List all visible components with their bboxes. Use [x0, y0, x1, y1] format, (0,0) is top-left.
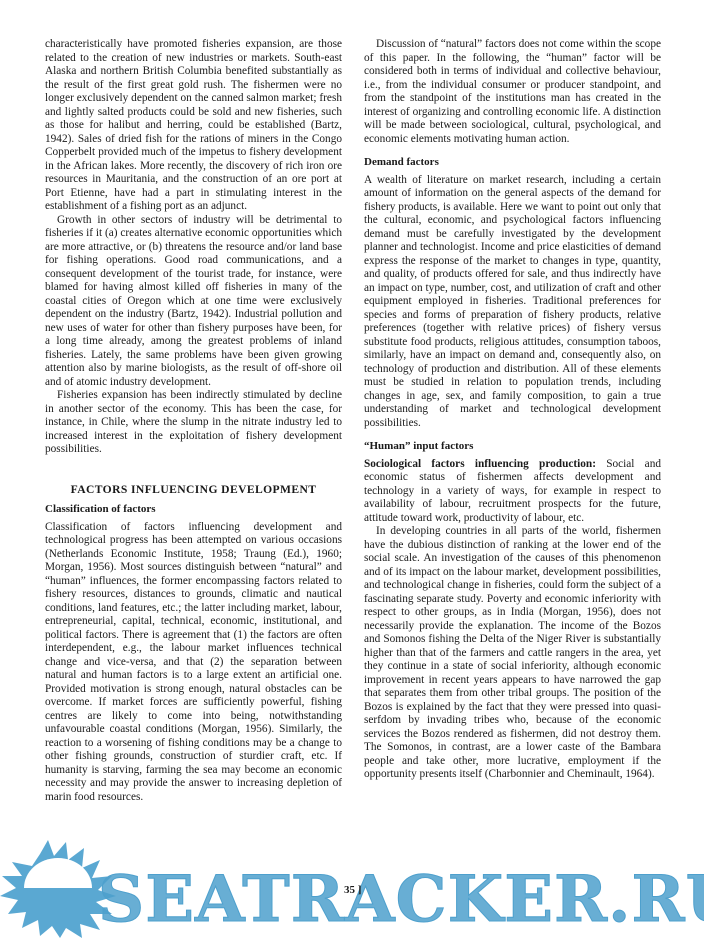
paragraph: Discussion of “natural” factors does not…	[364, 38, 661, 146]
watermark-text: SEATRACKER.RU	[98, 868, 704, 932]
subheading-classification: Classification of factors	[45, 503, 342, 517]
paragraph: Sociological factors influencing product…	[364, 458, 661, 526]
paragraph: characteristically have promoted fisheri…	[45, 38, 342, 214]
document-page: characteristically have promoted fisheri…	[0, 0, 704, 938]
subheading-human-input-factors: “Human” input factors	[364, 440, 661, 454]
subheading-demand-factors: Demand factors	[364, 156, 661, 170]
section-title: FACTORS INFLUENCING DEVELOPMENT	[45, 483, 342, 497]
paragraph: In developing countries in all parts of …	[364, 525, 661, 782]
page-number: 35 ]	[344, 884, 361, 896]
left-column: characteristically have promoted fisheri…	[45, 38, 342, 804]
paragraph: Fisheries expansion has been indirectly …	[45, 389, 342, 457]
paragraph: Classification of factors influencing de…	[45, 521, 342, 805]
paragraph: A wealth of literature on market researc…	[364, 174, 661, 431]
right-column: Discussion of “natural” factors does not…	[364, 38, 661, 782]
paragraph: Growth in other sectors of industry will…	[45, 214, 342, 390]
runin-heading: Sociological factors influencing product…	[364, 458, 596, 470]
